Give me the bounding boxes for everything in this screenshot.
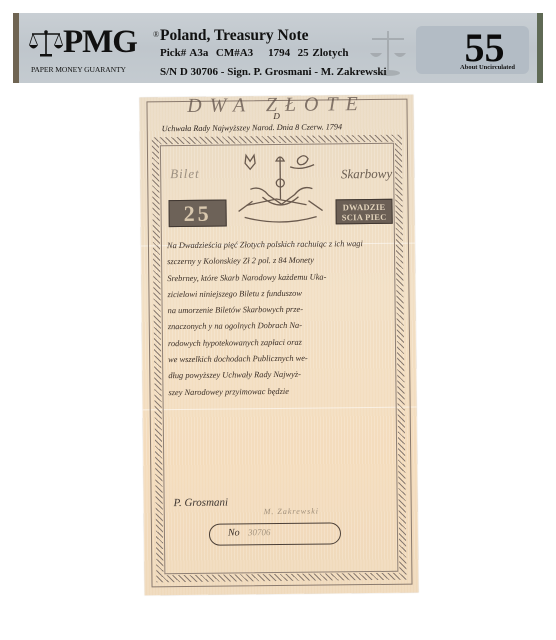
- grade-description: About Uncirculated: [416, 64, 529, 71]
- catalog-line: Pick# A3a CM#A3 1794 25 Zlotych: [160, 46, 387, 60]
- scales-of-justice-icon: [29, 29, 63, 57]
- cm-number: CM#A3: [216, 47, 253, 59]
- serial-number: 30706: [248, 527, 271, 537]
- value-numeral: 25: [169, 201, 225, 227]
- coat-of-arms-emblem-icon: [232, 148, 329, 229]
- signature-zakrewski: M. Zakrewski: [264, 507, 319, 517]
- serial-prefix: No: [228, 527, 240, 538]
- pmg-tagline: PAPER MONEY GUARANTY: [31, 65, 126, 74]
- grade-box: 55 About Uncirculated: [416, 26, 529, 74]
- signature-grosmani: P. Grosmani: [174, 497, 229, 510]
- serial-signature-line: S/N D 30706 - Sign. P. Grosmani - M. Zak…: [160, 65, 387, 79]
- skarbowy-word: Skarbowy: [341, 166, 392, 183]
- bilet-word: Bilet: [170, 166, 200, 182]
- pmg-logo: PMG ® PAPER MONEY GUARANTY: [29, 27, 153, 77]
- pmg-grading-label: PMG ® PAPER MONEY GUARANTY Poland, Treas…: [13, 13, 543, 83]
- serial-cartouche: No 30706: [209, 522, 341, 545]
- registered-mark: ®: [153, 30, 159, 39]
- value-words-line: DWADZIE: [337, 202, 392, 213]
- note-description: Poland, Treasury Note Pick# A3a CM#A3 17…: [160, 27, 387, 79]
- pick-number: Pick# A3a: [160, 47, 208, 59]
- note-denomination: 25 Zlotych: [298, 47, 349, 59]
- label-edge-left: [13, 13, 19, 83]
- note-year: 1794: [268, 47, 290, 59]
- note-body-text: Na Dwadzieścia pięć Złotych polskich rac…: [167, 236, 391, 401]
- note-title: Poland, Treasury Note: [160, 27, 387, 44]
- grade-number: 55: [416, 28, 529, 68]
- scales-watermark-icon: [368, 27, 408, 77]
- pmg-wordmark: PMG: [63, 24, 137, 61]
- value-words-box: DWADZIE SCIA PIEC: [335, 199, 392, 225]
- label-edge-right: [537, 13, 543, 83]
- value-words-line: SCIA PIEC: [337, 212, 392, 223]
- body-line: Na Dwadzieścia pięć Złotych polskich rac…: [167, 236, 389, 255]
- banknote: DWA ZŁOTE D Uchwała Rady Najwyższey Naro…: [139, 95, 418, 596]
- body-line: szey Narodowey przyimowac będzie: [168, 383, 390, 402]
- value-numeral-box: 25: [168, 200, 226, 228]
